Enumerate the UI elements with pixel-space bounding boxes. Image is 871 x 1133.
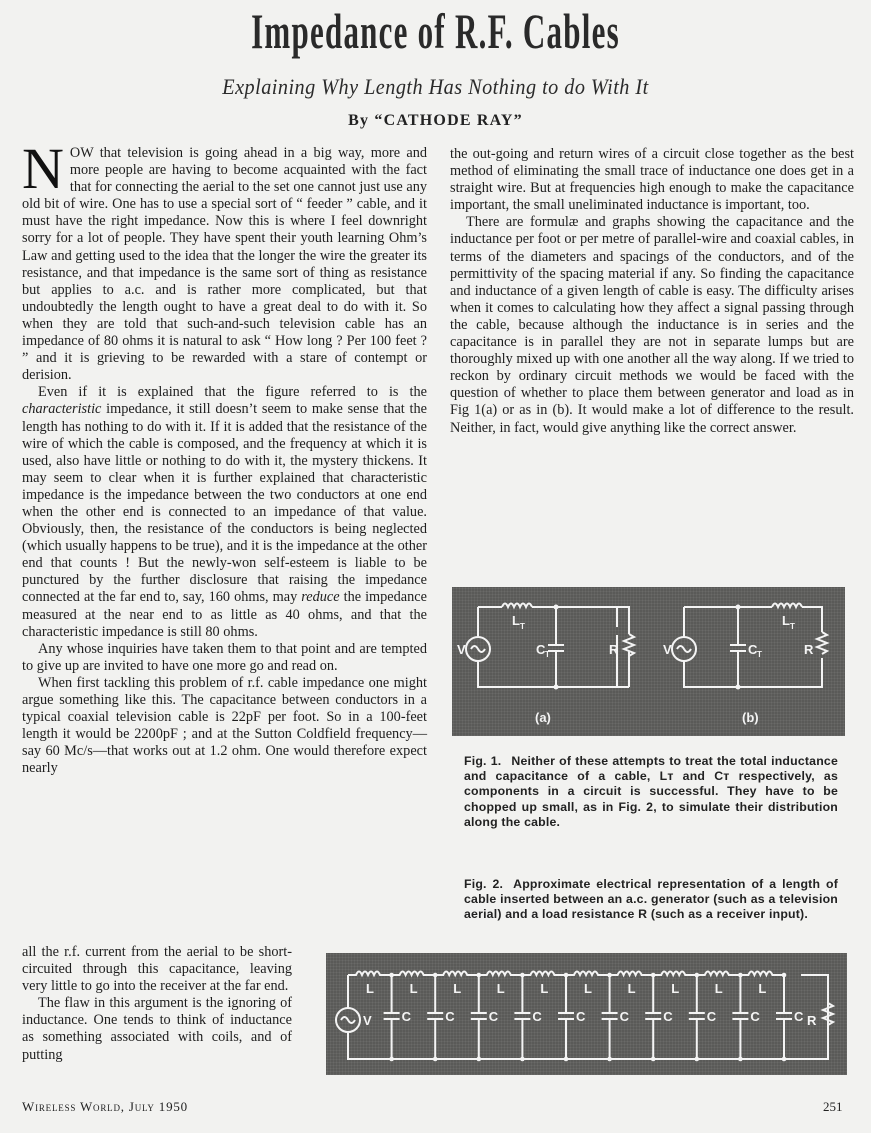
article-subtitle: Explaining Why Length Has Nothing to do … [35,74,836,100]
article-title: Impedance of R.F. Cables [165,2,705,60]
svg-text:C: C [445,1009,455,1024]
svg-text:T: T [790,622,795,631]
svg-text:R: R [807,1013,817,1028]
svg-text:R: R [804,642,814,657]
svg-text:T: T [757,650,762,659]
svg-text:V: V [363,1013,372,1028]
svg-text:(a): (a) [535,710,551,725]
paragraph: When first tackling this problem of r.f.… [22,675,427,778]
svg-text:L: L [782,613,790,628]
svg-text:C: C [663,1009,673,1024]
paragraph: Any whose inquiries have taken them to t… [22,641,427,675]
svg-text:C: C [489,1009,499,1024]
svg-text:L: L [715,981,723,996]
svg-text:L: L [671,981,679,996]
svg-text:C: C [576,1009,586,1024]
column-left-bottom: all the r.f. current from the aerial to … [22,944,292,1064]
svg-text:L: L [512,613,520,628]
svg-text:L: L [453,981,461,996]
paragraph: There are formulæ and graphs showing the… [450,214,854,436]
svg-text:C: C [794,1009,804,1024]
column-left: NOW that television is going ahead in a … [22,145,427,777]
svg-text:L: L [628,981,636,996]
svg-text:L: L [758,981,766,996]
svg-text:C: C [707,1009,717,1024]
svg-text:L: L [540,981,548,996]
figure-2-caption: Fig. 2.Approximate electrical representa… [464,877,838,923]
svg-text:L: L [410,981,418,996]
svg-text:V: V [663,642,672,657]
svg-text:R: R [609,642,619,657]
figure-1-caption: Fig. 1.Neither of these attempts to trea… [464,754,838,830]
paragraph: NOW that television is going ahead in a … [22,145,427,384]
drop-cap: N [22,147,64,191]
svg-text:L: L [584,981,592,996]
paragraph: all the r.f. current from the aerial to … [22,944,292,995]
svg-text:C: C [532,1009,542,1024]
circuit-diagram-icon: V LT CT R V LT CT R (a) (b) [452,587,845,736]
svg-text:C: C [750,1009,760,1024]
svg-text:C: C [402,1009,412,1024]
figure-1-circuit-diagram: V LT CT R V LT CT R (a) (b) [452,587,845,736]
svg-text:V: V [457,642,466,657]
svg-text:L: L [366,981,374,996]
page-number: 251 [823,1099,843,1115]
svg-text:(b): (b) [742,710,759,725]
column-right: the out-going and return wires of a circ… [450,146,854,437]
ladder-network-icon: V R LCLCLCLCLCLCLCLCLCLC [326,953,847,1075]
byline: By “CATHODE RAY” [0,112,871,130]
paragraph: Even if it is explained that the figure … [22,384,427,640]
svg-text:C: C [620,1009,630,1024]
footer-publication: Wireless World, July 1950 [22,1099,188,1115]
paragraph: the out-going and return wires of a circ… [450,146,854,214]
svg-text:L: L [497,981,505,996]
figure-2-ladder-network: V R LCLCLCLCLCLCLCLCLCLC [326,953,847,1075]
svg-text:T: T [545,650,550,659]
paragraph: The flaw in this argument is the ignorin… [22,995,292,1063]
svg-text:T: T [520,622,525,631]
